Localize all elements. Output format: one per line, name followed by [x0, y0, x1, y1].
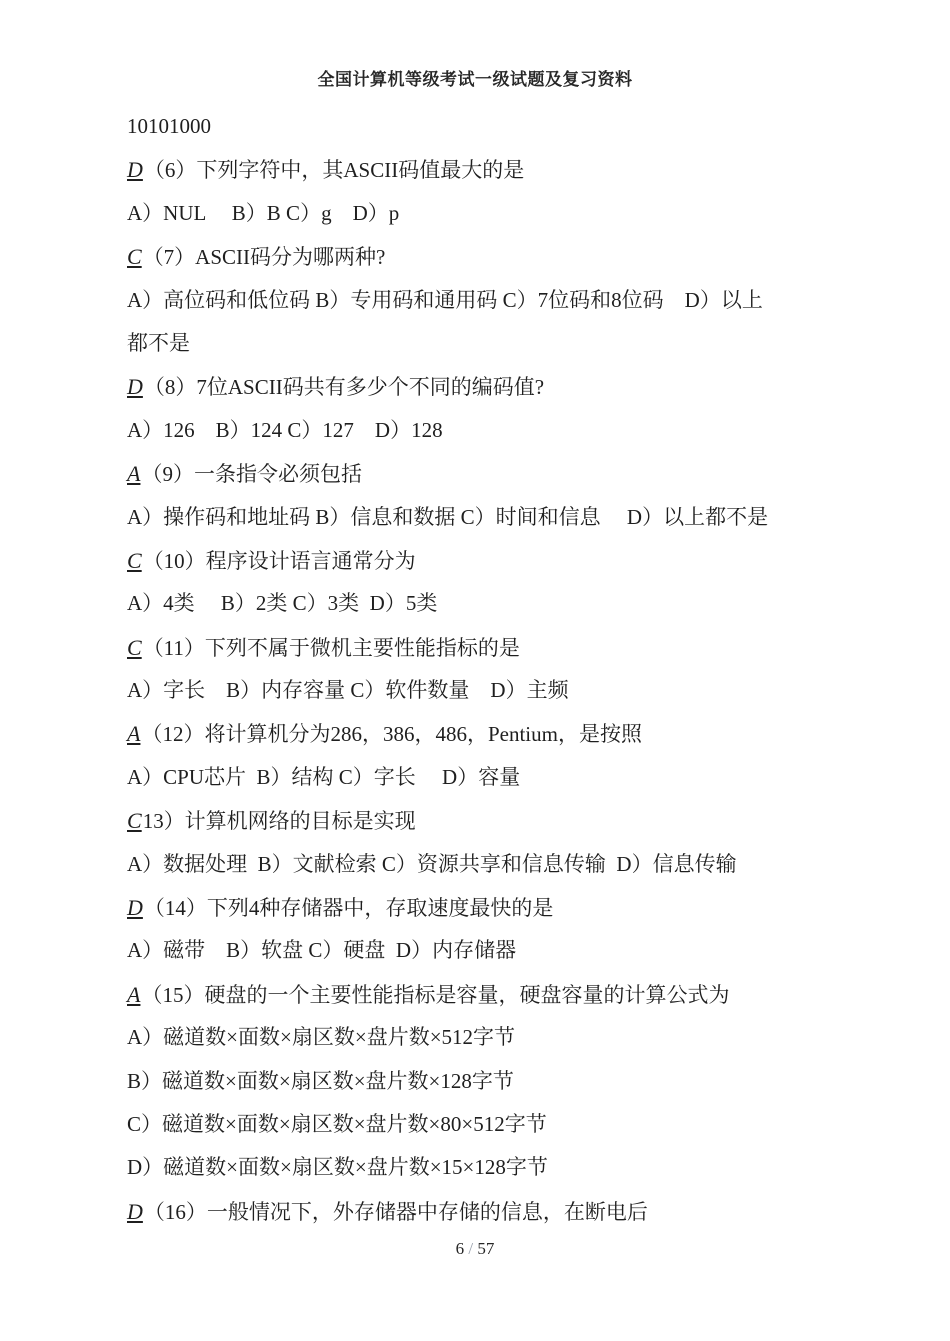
question-line: C（10）程序设计语言通常分为: [127, 539, 840, 582]
line-text: （15）硬盘的一个主要性能指标是容量，硬盘容量的计算公式为: [141, 983, 729, 1007]
line-text: A）CPU芯片 B）结构 C）字长 D）容量: [127, 765, 520, 789]
answer-letter: A: [127, 982, 141, 1007]
options-line: A）磁带 B）软盘 C）硬盘 D）内存储器: [127, 929, 840, 972]
answer-letter: D: [127, 157, 144, 182]
line-text: A）磁道数×面数×扇区数×盘片数×512字节: [127, 1025, 515, 1049]
page-number-separator: /: [464, 1239, 477, 1258]
line-text: A）126 B）124 C）127 D）128: [127, 418, 443, 442]
line-text: （9）一条指令必须包括: [141, 462, 362, 486]
question-line: A（9）一条指令必须包括: [127, 452, 840, 495]
line-text: A）磁带 B）软盘 C）硬盘 D）内存储器: [127, 938, 516, 962]
options-line: A）数据处理 B）文献检索 C）资源共享和信息传输 D）信息传输: [127, 843, 840, 886]
line-text: 13）计算机网络的目标是实现: [143, 809, 416, 833]
line-text: （11）下列不属于微机主要性能指标的是: [143, 636, 520, 660]
options-line: D）磁道数×面数×扇区数×盘片数×15×128字节: [127, 1146, 840, 1189]
page-number-total: 57: [477, 1239, 494, 1258]
answer-letter: C: [127, 808, 143, 833]
question-line: C13）计算机网络的目标是实现: [127, 799, 840, 842]
line-text: A）字长 B）内存容量 C）软件数量 D）主频: [127, 678, 569, 702]
answer-letter: D: [127, 895, 144, 920]
line-text: D）磁道数×面数×扇区数×盘片数×15×128字节: [127, 1155, 548, 1179]
line-text: A）高位码和低位码 B）专用码和通用码 C）7位码和8位码 D）以上: [127, 288, 763, 312]
question-line: C（11）下列不属于微机主要性能指标的是: [127, 626, 840, 669]
options-line: A）NUL B）B C）g D）p: [127, 192, 840, 235]
line-text: （6）下列字符中，其ASCII码值最大的是: [144, 158, 524, 182]
question-line: D（8）7位ASCII码共有多少个不同的编码值?: [127, 365, 840, 408]
line-text: （8）7位ASCII码共有多少个不同的编码值?: [144, 375, 544, 399]
answer-letter: A: [127, 461, 141, 486]
text-line: 10101000: [127, 105, 840, 148]
page-number-current: 6: [456, 1239, 465, 1258]
question-line: D（16）一般情况下，外存储器中存储的信息，在断电后: [127, 1190, 840, 1233]
line-text: （16）一般情况下，外存储器中存储的信息，在断电后: [144, 1200, 648, 1224]
line-text: （14）下列4种存储器中，存取速度最快的是: [144, 896, 554, 920]
question-line: D（6）下列字符中，其ASCII码值最大的是: [127, 148, 840, 191]
line-text: A）4类 B）2类 C）3类 D）5类: [127, 591, 437, 615]
line-text: （10）程序设计语言通常分为: [143, 549, 416, 573]
options-line: A）操作码和地址码 B）信息和数据 C）时间和信息 D）以上都不是: [127, 496, 840, 539]
line-text: C）磁道数×面数×扇区数×盘片数×80×512字节: [127, 1112, 547, 1136]
line-text: （12）将计算机分为286，386，486，Pentium，是按照: [141, 722, 642, 746]
line-text: 10101000: [127, 114, 211, 138]
answer-letter: C: [127, 635, 143, 660]
line-text: A）操作码和地址码 B）信息和数据 C）时间和信息 D）以上都不是: [127, 505, 768, 529]
document-body: 10101000D（6）下列字符中，其ASCII码值最大的是A）NUL B）B …: [127, 105, 840, 1233]
text-line: 都不是: [127, 322, 840, 365]
line-text: A）NUL B）B C）g D）p: [127, 201, 399, 225]
line-text: 都不是: [127, 331, 190, 355]
question-line: C（7）ASCII码分为哪两种?: [127, 235, 840, 278]
answer-letter: C: [127, 548, 143, 573]
question-line: A（15）硬盘的一个主要性能指标是容量，硬盘容量的计算公式为: [127, 973, 840, 1016]
options-line: A）126 B）124 C）127 D）128: [127, 409, 840, 452]
options-line: B）磁道数×面数×扇区数×盘片数×128字节: [127, 1060, 840, 1103]
answer-letter: D: [127, 1199, 144, 1224]
options-line: A）字长 B）内存容量 C）软件数量 D）主频: [127, 669, 840, 712]
document-page: 全国计算机等级考试一级试题及复习资料 10101000D（6）下列字符中，其AS…: [0, 0, 950, 1341]
question-line: A（12）将计算机分为286，386，486，Pentium，是按照: [127, 712, 840, 755]
answer-letter: A: [127, 721, 141, 746]
options-line: C）磁道数×面数×扇区数×盘片数×80×512字节: [127, 1103, 840, 1146]
options-line: A）4类 B）2类 C）3类 D）5类: [127, 582, 840, 625]
document-title: 全国计算机等级考试一级试题及复习资料: [0, 0, 950, 92]
answer-letter: C: [127, 244, 143, 269]
line-text: （7）ASCII码分为哪两种?: [143, 245, 386, 269]
line-text: A）数据处理 B）文献检索 C）资源共享和信息传输 D）信息传输: [127, 852, 737, 876]
page-number: 6 / 57: [0, 1235, 950, 1263]
options-line: A）高位码和低位码 B）专用码和通用码 C）7位码和8位码 D）以上: [127, 279, 840, 322]
answer-letter: D: [127, 374, 144, 399]
options-line: A）CPU芯片 B）结构 C）字长 D）容量: [127, 756, 840, 799]
options-line: A）磁道数×面数×扇区数×盘片数×512字节: [127, 1016, 840, 1059]
line-text: B）磁道数×面数×扇区数×盘片数×128字节: [127, 1069, 514, 1093]
question-line: D（14）下列4种存储器中，存取速度最快的是: [127, 886, 840, 929]
